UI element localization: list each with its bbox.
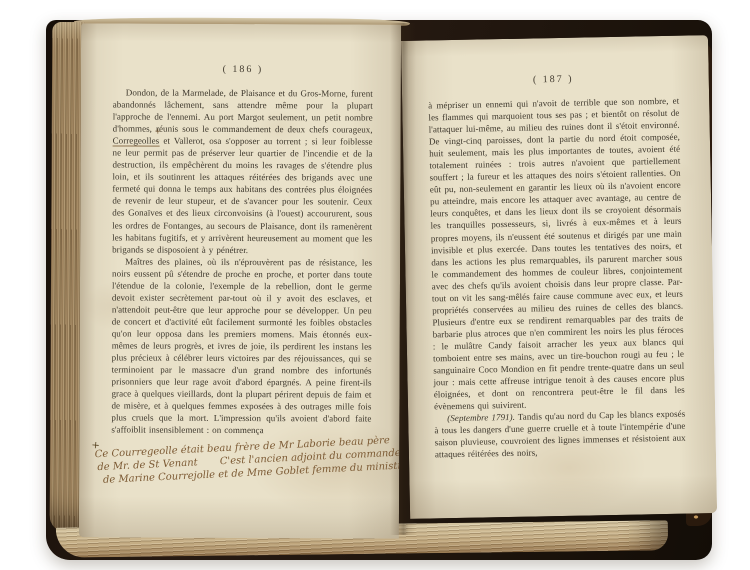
left-page-paragraph-1: Dondon, de la Marmelade, de Plaisance et… xyxy=(112,86,373,256)
annotated-word: Corregeolles+ xyxy=(113,136,160,147)
handwritten-cross-mark-icon: + xyxy=(91,440,100,452)
right-page: ( 187 ) à mépriser un ennemi qui n'avoit… xyxy=(401,35,717,519)
handwritten-note: + Ce Courregeolle était beau frère de Mr… xyxy=(94,435,397,488)
left-page-paragraph-2: Maîtres des plaines, où ils n'éprouvèren… xyxy=(111,255,372,437)
right-page-paragraph-2: (Septembre 1791). Tandis qu'au nord du C… xyxy=(434,408,686,461)
handwritten-cross-mark-icon: + xyxy=(141,128,161,136)
right-page-number: ( 187 ) xyxy=(428,72,679,88)
right-page-paragraph-1: à mépriser un ennemi qui n'avoit de terr… xyxy=(428,95,685,413)
book-photo: ( 186 ) Dondon, de la Marmelade, de Plai… xyxy=(44,8,712,562)
date-heading: (Septembre 1791). xyxy=(447,412,515,423)
paragraph-text: et Vallerot, osa s'opposer au torrent ; … xyxy=(112,136,373,255)
annotated-word-text: Corregeolles xyxy=(113,136,160,146)
left-page: ( 186 ) Dondon, de la Marmelade, de Plai… xyxy=(79,23,401,538)
left-page-number: ( 186 ) xyxy=(113,63,373,75)
